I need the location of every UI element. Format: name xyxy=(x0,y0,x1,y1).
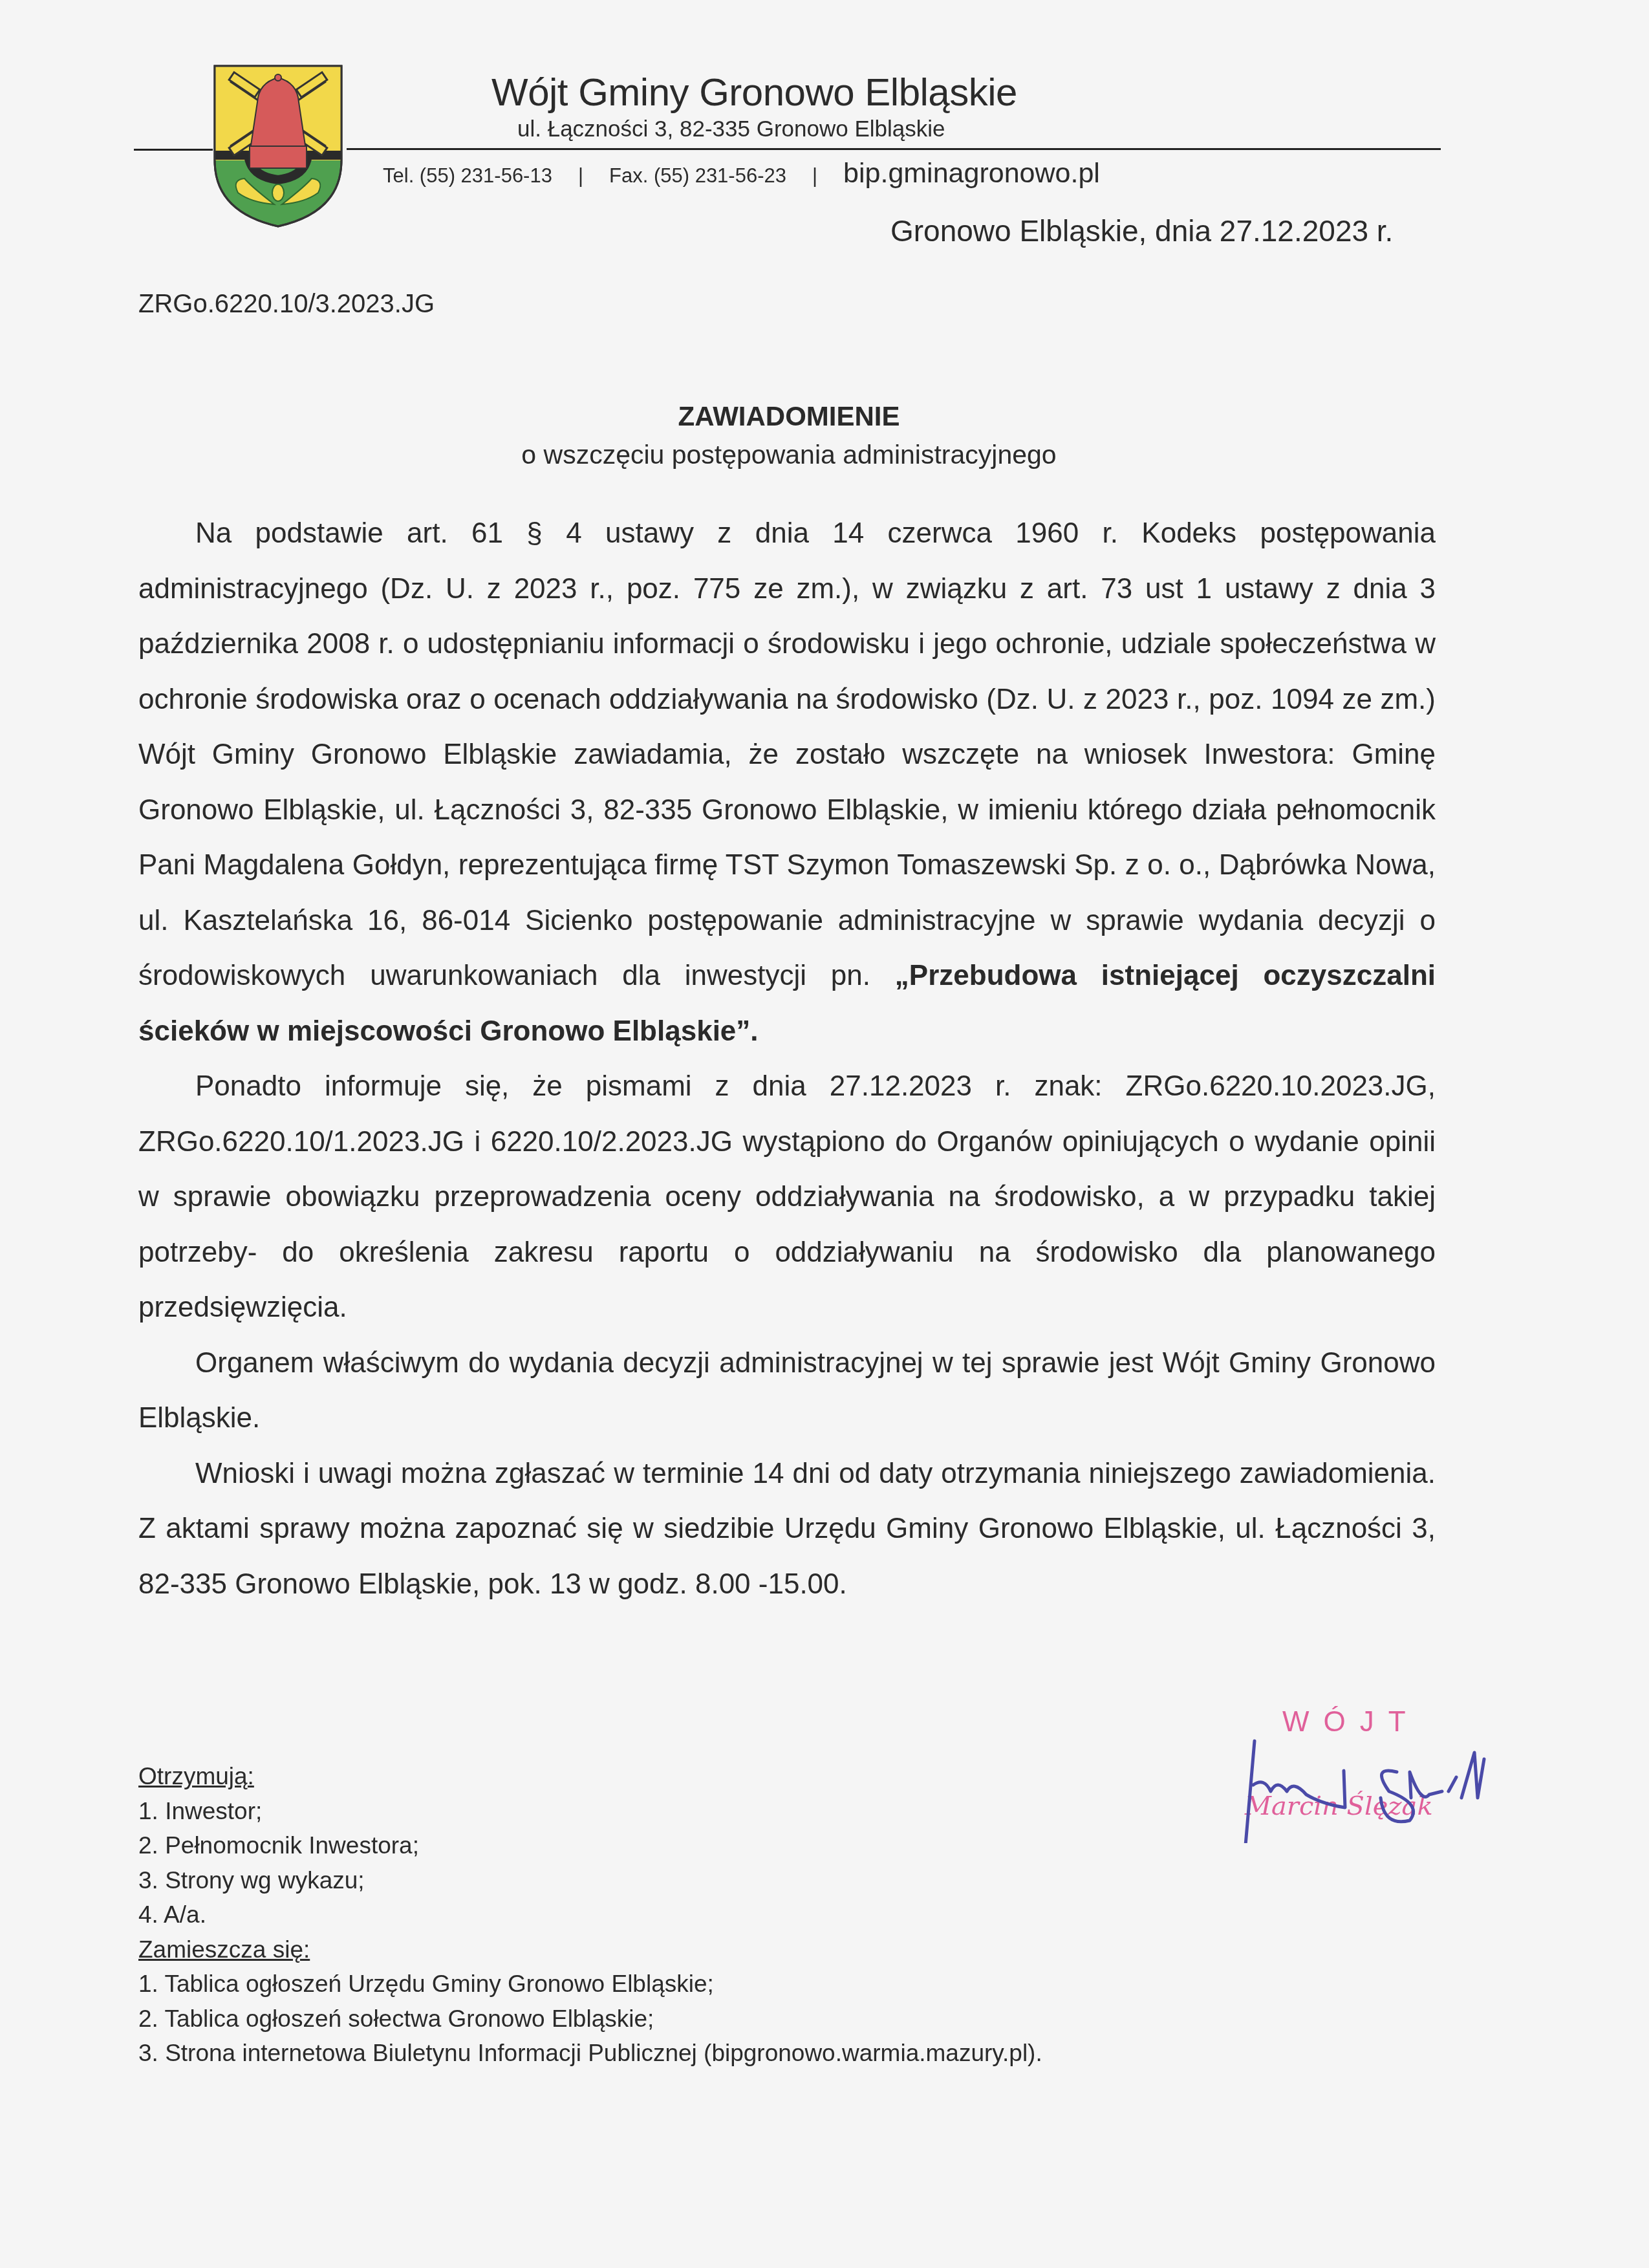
posted-item: 1. Tablica ogłoszeń Urzędu Gminy Gronowo… xyxy=(138,1967,1042,2002)
posted-item: 3. Strona internetowa Biuletynu Informac… xyxy=(138,2036,1042,2071)
separator: | xyxy=(578,164,583,188)
recipient-item: 4. A/a. xyxy=(138,1897,1042,1932)
recipients-header: Otrzymują: xyxy=(138,1759,1042,1794)
website-link[interactable]: bip.gminagronowo.pl xyxy=(843,158,1100,189)
recipient-item: 3. Strony wg wykazu; xyxy=(138,1863,1042,1898)
paragraph: Organem właściwym do wydania decyzji adm… xyxy=(138,1335,1436,1446)
paragraph: Na podstawie art. 61 § 4 ustawy z dnia 1… xyxy=(138,506,1436,1059)
letterhead-address: ul. Łączności 3, 82-335 Gronowo Elbląski… xyxy=(517,116,945,142)
letterhead-contact: Tel. (55) 231-56-13 | Fax. (55) 231-56-2… xyxy=(383,158,1100,189)
document-subtitle: o wszczęciu postępowania administracyjne… xyxy=(0,440,1578,470)
reference-number: ZRGo.6220.10/3.2023.JG xyxy=(138,290,435,319)
letterhead-divider xyxy=(134,149,213,151)
document-body: Na podstawie art. 61 § 4 ustawy z dnia 1… xyxy=(138,506,1436,1612)
letterhead-divider xyxy=(347,148,1441,150)
letterhead-title: Wójt Gminy Gronowo Elbląskie xyxy=(491,70,1017,114)
paragraph: Wnioski i uwagi można zgłaszać w termini… xyxy=(138,1446,1436,1612)
document-title: ZAWIADOMIENIE xyxy=(0,401,1578,432)
place-and-date: Gronowo Elbląskie, dnia 27.12.2023 r. xyxy=(890,213,1393,248)
fax-number: Fax. (55) 231-56-23 xyxy=(609,164,786,188)
recipient-item: 2. Pełnomocnik Inwestora; xyxy=(138,1828,1042,1863)
recipient-item: 1. Inwestor; xyxy=(138,1794,1042,1829)
phone-number: Tel. (55) 231-56-13 xyxy=(383,164,552,188)
posted-item: 2. Tablica ogłoszeń sołectwa Gronowo Elb… xyxy=(138,2002,1042,2036)
posted-header: Zamieszcza się: xyxy=(138,1932,1042,1967)
separator: | xyxy=(812,164,817,188)
handwritten-signature-icon xyxy=(1216,1701,1513,1843)
signature-stamp: WÓJT Marcin Ślęzak xyxy=(1216,1701,1513,1843)
coat-of-arms-icon xyxy=(212,63,344,229)
distribution-list: Otrzymują: 1. Inwestor; 2. Pełnomocnik I… xyxy=(138,1759,1042,2071)
paragraph: Ponadto informuje się, że pismami z dnia… xyxy=(138,1059,1436,1335)
